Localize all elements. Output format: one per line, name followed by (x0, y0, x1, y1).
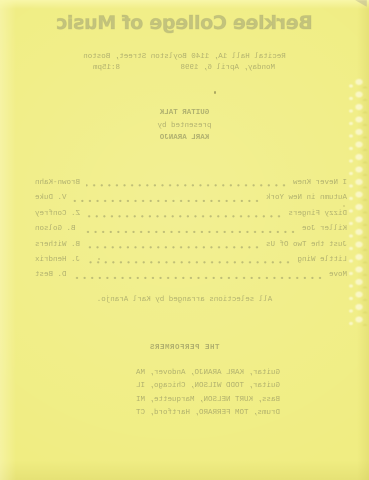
paper-speck (343, 205, 345, 207)
piece-title: Killer Joe (302, 222, 347, 237)
piece-composer: B. Withers (35, 238, 80, 253)
paper-speck (214, 91, 216, 94)
piece-title: Autumn in New York (266, 191, 347, 206)
program-row: I Never Knew Brown-Kahn (35, 176, 347, 191)
dotted-leader (82, 222, 296, 237)
performer-line: Bass, KURT NELSON, Marquette, MI (136, 394, 280, 407)
presented-by-label: presented by (0, 120, 369, 133)
piece-composer: J. Hendrix (35, 253, 80, 268)
dotted-leader (86, 207, 282, 222)
program-page-scan: Berklee College of Music Recital Hall 1A… (0, 0, 369, 480)
time-text: 8:15pm (93, 63, 120, 73)
program-row: Little Wing J. Hendrix (35, 253, 347, 268)
program-row: Move D. Best (35, 268, 347, 283)
berklee-logo: Berklee College of Music (0, 12, 369, 34)
title-block: GUITAR TALK presented by KARL ARANJO (0, 107, 369, 145)
performers-heading: THE PERFORMERS (0, 344, 369, 352)
presenter-name: KARL ARANJO (0, 132, 369, 145)
piece-title: Just the Two Of Us (266, 238, 347, 253)
performer-line: Guitar, TODD WILSON, Chicago, IL (136, 380, 280, 393)
arranger-note: All selections arranged by Karl Aranjo. (0, 296, 369, 304)
program-row: Just the Two Of Us B. Withers (35, 238, 347, 253)
venue-line: Recital Hall 1A, 1140 Boylston Street, B… (0, 52, 369, 62)
recital-title: GUITAR TALK (0, 107, 369, 120)
dotted-leader (73, 191, 260, 206)
piece-composer: Brown-Kahn (35, 176, 80, 191)
performer-line: Drums, TOM FERRARO, Hartford, CT (136, 407, 280, 420)
piece-title: Move (329, 268, 347, 283)
date-line: Monday, April 6, 1998 8:15pm (93, 63, 275, 73)
showthrough-content: Berklee College of Music Recital Hall 1A… (0, 0, 369, 480)
dotted-leader (86, 176, 287, 191)
piece-composer: V. Duke (35, 191, 67, 206)
dotted-leader (86, 253, 291, 268)
performers-list: Guitar, KARL ARANJO, Andover, MA Guitar,… (136, 367, 280, 421)
dotted-leader (73, 268, 323, 283)
piece-title: Little Wing (297, 253, 347, 268)
piece-composer: Z. Confrey (35, 207, 80, 222)
program-row: Autumn in New York V. Duke (35, 191, 347, 206)
deckled-edge (347, 76, 369, 328)
piece-title: Dizzy Fingers (288, 207, 347, 222)
date-time-gap (120, 63, 180, 73)
piece-title: I Never Knew (293, 176, 347, 191)
program-row: Dizzy Fingers Z. Confrey (35, 207, 347, 222)
dotted-leader (86, 238, 260, 253)
paper-speck (98, 258, 100, 260)
date-text: Monday, April 6, 1998 (180, 63, 275, 73)
program-list: I Never Knew Brown-Kahn Autumn in New Yo… (35, 176, 347, 284)
piece-composer: B. Golson (35, 222, 76, 237)
program-row: Killer Joe B. Golson (35, 222, 347, 237)
performer-line: Guitar, KARL ARANJO, Andover, MA (136, 367, 280, 380)
piece-composer: D. Best (35, 268, 67, 283)
